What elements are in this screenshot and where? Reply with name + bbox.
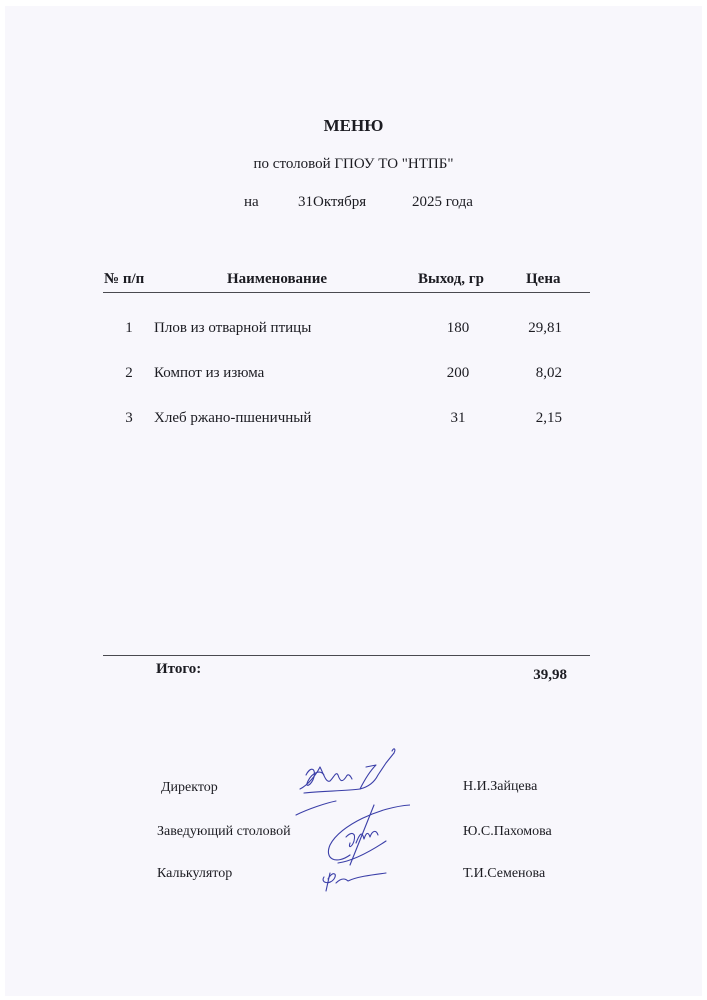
total-label: Итого:: [156, 661, 201, 678]
date-year: 2025 года: [412, 194, 473, 211]
header-name: Наименование: [227, 271, 327, 288]
signature-name-director: Н.И.Зайцева: [463, 779, 537, 795]
date-day-month: 31Октября: [298, 194, 366, 211]
total-value: 39,98: [507, 667, 567, 684]
row-number: 2: [119, 365, 139, 382]
row-yield: 180: [438, 320, 478, 337]
signature-role-director: Директор: [161, 780, 218, 796]
header-yield: Выход, гр: [418, 271, 484, 288]
row-price: 2,15: [502, 410, 562, 427]
row-name: Хлеб ржано-пшеничный: [154, 410, 311, 427]
signature-name-calculator: Т.И.Семенова: [463, 866, 545, 882]
handwritten-signatures: [290, 745, 410, 895]
header-rule: [103, 292, 590, 293]
signature-name-canteen-head: Ю.С.Пахомова: [463, 824, 552, 840]
document-title: МЕНЮ: [0, 116, 707, 136]
total-rule: [103, 655, 590, 656]
row-price: 29,81: [502, 320, 562, 337]
row-name: Компот из изюма: [154, 365, 264, 382]
date-prefix: на: [244, 194, 259, 211]
row-yield: 200: [438, 365, 478, 382]
row-name: Плов из отварной птицы: [154, 320, 311, 337]
row-number: 1: [119, 320, 139, 337]
signature-role-calculator: Калькулятор: [157, 866, 232, 882]
header-price: Цена: [526, 271, 560, 288]
signature-role-canteen-head: Заведующий столовой: [157, 824, 291, 840]
row-yield: 31: [438, 410, 478, 427]
row-number: 3: [119, 410, 139, 427]
document-subtitle: по столовой ГПОУ ТО "НТПБ": [0, 156, 707, 173]
row-price: 8,02: [502, 365, 562, 382]
header-number: № п/п: [104, 271, 144, 288]
